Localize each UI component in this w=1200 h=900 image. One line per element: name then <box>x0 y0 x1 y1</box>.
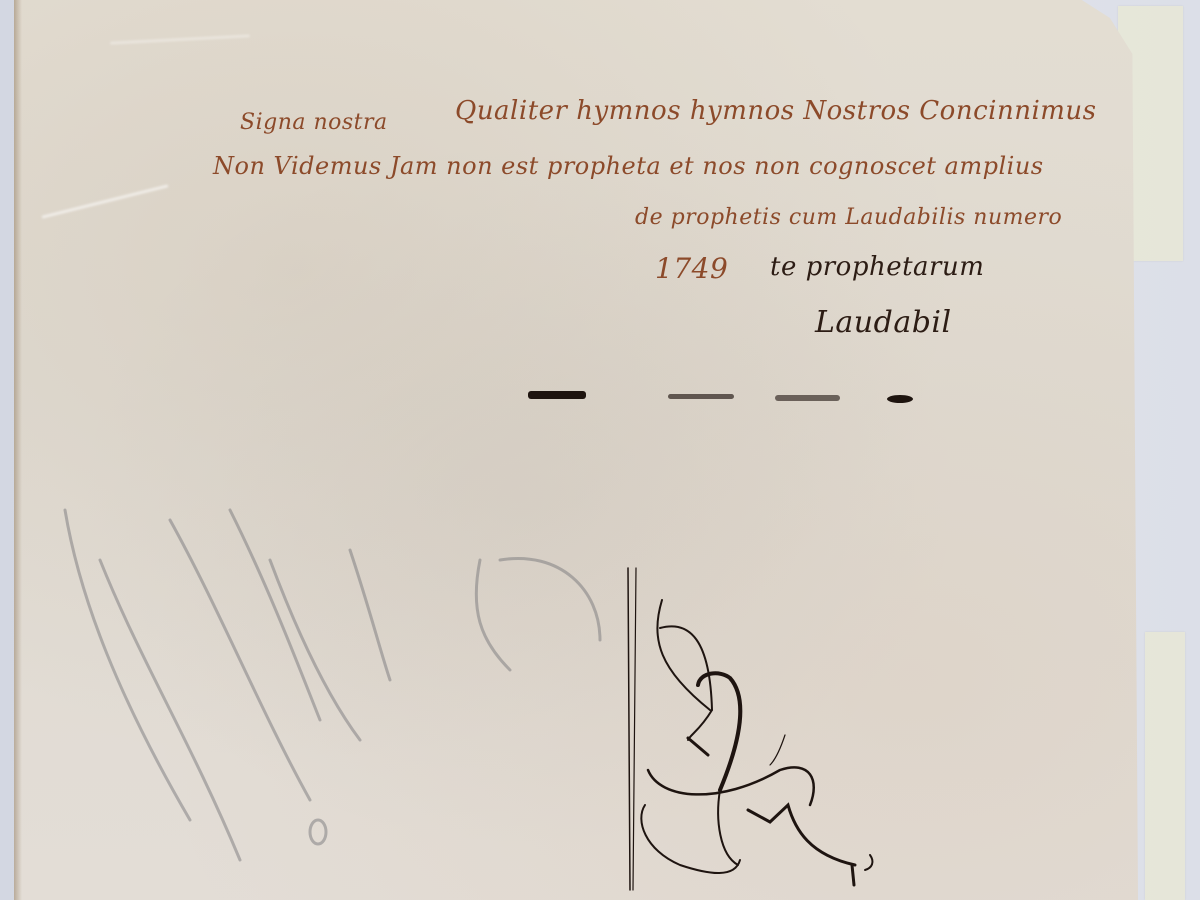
ink-dash-mark <box>528 391 586 399</box>
sheet-left-edge <box>14 0 22 900</box>
ink-smudge-mark <box>668 394 734 399</box>
tape-strip-bottom <box>1145 632 1185 900</box>
text-line-qualiter-hymnos: Qualiter hymnos hymnos Nostros Concinnim… <box>455 96 1097 126</box>
pencil-sketch-icon <box>40 440 640 900</box>
signature-laudabil: Laudabil <box>815 305 952 340</box>
text-line-de-prophetis: de prophetis cum Laudabilis numero <box>635 205 1062 230</box>
text-line-non-videmus: Non Videmus Jam non est propheta et nos … <box>213 152 1044 180</box>
ink-dot-mark <box>887 395 913 403</box>
text-line-signa-nostra: Signa nostra <box>240 110 388 135</box>
year-date: 1749 <box>655 252 728 285</box>
ink-flourish-ornament-icon <box>600 560 900 900</box>
ink-smudge-mark <box>775 395 840 401</box>
text-line-te-prophetarum: te prophetarum <box>770 252 984 282</box>
